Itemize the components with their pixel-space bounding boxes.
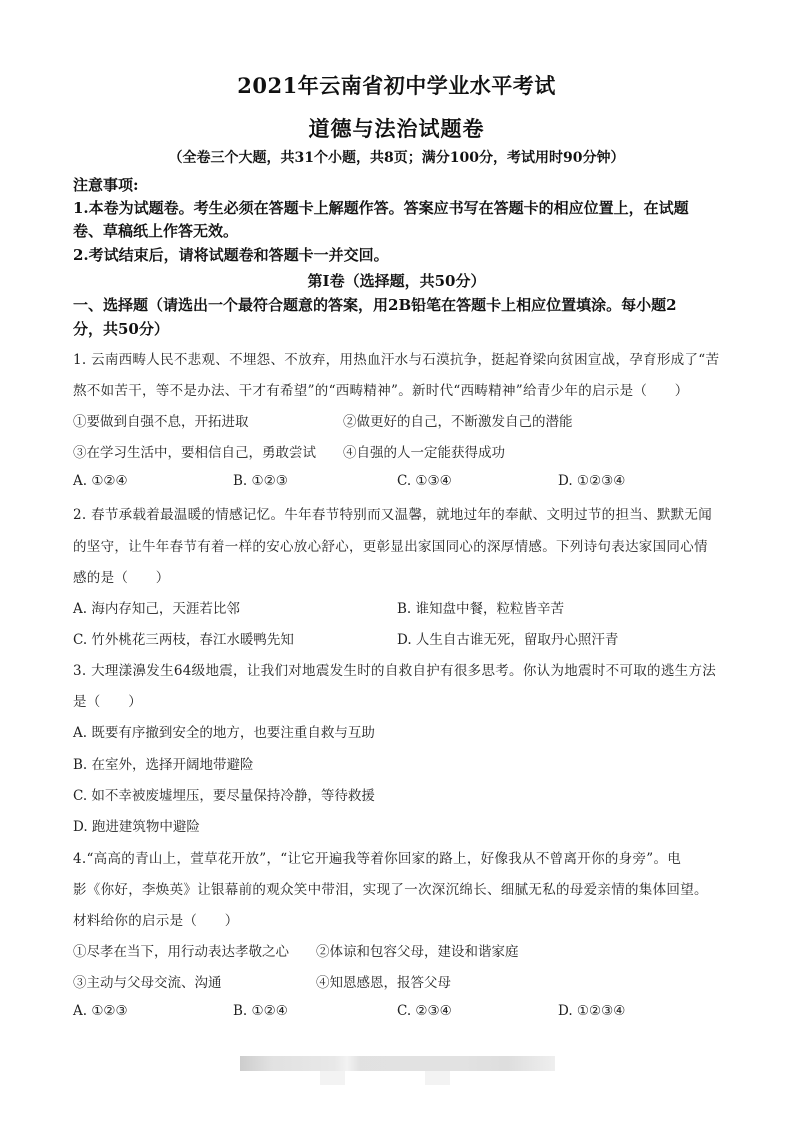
part-title-cont: 分，共50分） [73, 318, 169, 339]
option-c: C. ②③④ [397, 1003, 452, 1019]
question-text: 1. 云南西畴人民不悲观、不埋怨、不放弃，用热血汗水与石漠抗争，挺起脊梁向贫困宣… [73, 348, 719, 368]
exam-title: 2021年云南省初中学业水平考试 [0, 70, 793, 100]
option-b: B. 谁知盘中餐，粒粒皆辛苦 [397, 597, 564, 617]
statement-4: ④自强的人一定能获得成功 [343, 441, 505, 461]
exam-info: （全卷三个大题，共31个小题，共8页；满分100分，考试用时90分钟） [0, 147, 793, 167]
option-a: A. 既要有序撤到安全的地方，也要注重自救与互助 [73, 721, 375, 741]
statement-1: ①要做到自强不息，开拓进取 [73, 410, 249, 430]
part-title: 一、选择题（请选出一个最符合题意的答案，用2B铅笔在答题卡上相应位置填涂。每小题… [73, 294, 677, 315]
question-text: 2. 春节承载着最温暖的情感记忆。牛年春节特别而又温馨，就地过年的奉献、文明过节… [73, 503, 712, 523]
question-text: 影《你好，李焕英》让银幕前的观众笑中带泪，实现了一次深沉绵长、细腻无私的母爱亲情… [73, 878, 708, 898]
option-c: C. 竹外桃花三两枝，春江水暖鸭先知 [73, 628, 294, 648]
footer-watermark [240, 1056, 555, 1071]
option-b: B. 在室外，选择开阔地带避险 [73, 753, 254, 773]
statement-2: ②做更好的自己，不断激发自己的潜能 [343, 410, 573, 430]
question-text: 材料给你的启示是（ ） [73, 909, 239, 929]
subject-title: 道德与法治试题卷 [0, 113, 793, 143]
question-text: 4.“高高的青山上，萱草花开放”，“让它开遍我等着你回家的路上，好像我从不曾离开… [73, 847, 681, 867]
option-d: D. 跑进建筑物中避险 [73, 815, 200, 835]
question-text: 3. 大理漾濞发生64级地震，让我们对地震发生时的自救自护有很多思考。你认为地震… [73, 659, 716, 679]
footer-watermark-fragment [425, 1071, 450, 1085]
option-b: B. ①②③ [233, 473, 288, 489]
statement-2: ②体谅和包容父母，建设和谐家庭 [316, 940, 519, 960]
notice-item-1: 1.本卷为试题卷。考生必须在答题卡上解题作答。答案应书写在答题卡的相应位置上，在… [73, 197, 689, 218]
volume-title: 第Ⅰ卷（选择题，共50分） [0, 270, 793, 291]
statement-4: ④知恩感恩，报答父母 [316, 971, 451, 991]
question-text: 感的是（ ） [73, 566, 170, 586]
exam-page: 2021年云南省初中学业水平考试 道德与法治试题卷 （全卷三个大题，共31个小题… [0, 0, 793, 1122]
option-d: D. ①②③④ [558, 473, 625, 489]
notice-item-1-cont: 卷、草稿纸上作答无效。 [73, 220, 238, 241]
footer-watermark-fragment [320, 1071, 345, 1085]
question-text: 是（ ） [73, 690, 142, 710]
option-a: A. ①②④ [73, 473, 128, 489]
option-c: C. 如不幸被废墟埋压，要尽量保持冷静，等待救援 [73, 784, 375, 804]
option-d: D. ①②③④ [558, 1003, 625, 1019]
option-d: D. 人生自古谁无死，留取丹心照汗青 [397, 628, 618, 648]
statement-1: ①尽孝在当下，用行动表达孝敬之心 [73, 940, 289, 960]
statement-3: ③主动与父母交流、沟通 [73, 971, 222, 991]
option-b: B. ①②④ [233, 1003, 288, 1019]
question-text: 的坚守，让牛年春节有着一样的安心放心舒心，更彰显出家国同心的深厚情感。下列诗句表… [73, 535, 708, 555]
option-a: A. 海内存知己，天涯若比邻 [73, 597, 240, 617]
statement-3: ③在学习生活中，要相信自己，勇敢尝试 [73, 441, 316, 461]
notice-item-2: 2.考试结束后，请将试题卷和答题卡一并交回。 [73, 244, 389, 265]
notice-heading: 注意事项: [73, 174, 139, 195]
question-text: 熬不如苦干，等不是办法、干才有希望”的“西畴精神”。新时代“西畴精神”给青少年的… [73, 379, 689, 399]
option-c: C. ①③④ [397, 473, 452, 489]
option-a: A. ①②③ [73, 1003, 128, 1019]
